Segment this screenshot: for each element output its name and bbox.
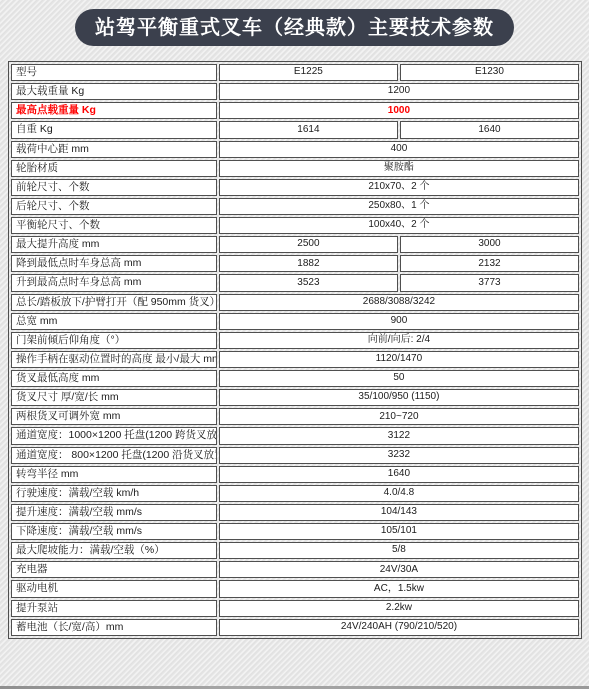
spec-value: 2688/3088/3242	[219, 294, 579, 311]
spec-label: 门架前倾后仰角度（°）	[11, 332, 217, 349]
spec-value: 1000	[219, 102, 579, 119]
table-row: 最大载重量 Kg1200	[11, 83, 579, 100]
spec-label: 下降速度：满载/空载 mm/s	[11, 523, 217, 540]
spec-label: 轮胎材质	[11, 160, 217, 177]
spec-label: 平衡轮尺寸、个数	[11, 217, 217, 234]
spec-value: E1230	[400, 64, 579, 81]
table-row: 通道宽度：1000×1200 托盘(1200 跨货叉放置) mm3122	[11, 427, 579, 444]
spec-label: 货叉最低高度 mm	[11, 370, 217, 387]
spec-value: AC，1.5kw	[219, 580, 579, 597]
spec-label: 货叉尺寸 厚/宽/长 mm	[11, 389, 217, 406]
spec-value: 1120/1470	[219, 351, 579, 368]
spec-value: 向前/向后: 2/4	[219, 332, 579, 349]
table-row: 通道宽度： 800×1200 托盘(1200 沿货叉放置) mm3232	[11, 447, 579, 464]
spec-label: 自重 Kg	[11, 121, 217, 138]
spec-label: 后轮尺寸、个数	[11, 198, 217, 215]
spec-value: 3000	[400, 236, 579, 253]
table-row: 自重 Kg16141640	[11, 121, 579, 138]
spec-value: 4.0/4.8	[219, 485, 579, 502]
table-row: 提升速度：满载/空载 mm/s104/143	[11, 504, 579, 521]
table-row: 门架前倾后仰角度（°）向前/向后: 2/4	[11, 332, 579, 349]
spec-table-body: 型号E1225E1230最大载重量 Kg1200最高点载重量 Kg1000自重 …	[11, 64, 579, 636]
table-row: 充电器24V/30A	[11, 561, 579, 578]
table-row: 载荷中心距 mm400	[11, 141, 579, 158]
table-row: 驱动电机AC，1.5kw	[11, 580, 579, 597]
page-header: 站驾平衡重式叉车（经典款）主要技术参数	[0, 0, 589, 53]
spec-value: 5/8	[219, 542, 579, 559]
spec-value: 1882	[219, 255, 398, 272]
table-row: 轮胎材质聚胺酯	[11, 160, 579, 177]
spec-value: 聚胺酯	[219, 160, 579, 177]
table-row: 前轮尺寸、个数210x70、2 个	[11, 179, 579, 196]
spec-label: 行驶速度：满载/空载 km/h	[11, 485, 217, 502]
spec-value: 400	[219, 141, 579, 158]
table-row: 货叉尺寸 厚/宽/长 mm35/100/950 (1150)	[11, 389, 579, 406]
page-title: 站驾平衡重式叉车（经典款）主要技术参数	[75, 9, 514, 46]
spec-value: 1200	[219, 83, 579, 100]
table-row: 总宽 mm900	[11, 313, 579, 330]
spec-value: E1225	[219, 64, 398, 81]
table-row: 行驶速度：满载/空载 km/h4.0/4.8	[11, 485, 579, 502]
spec-value: 1640	[219, 466, 579, 483]
spec-label: 总长/踏板放下/护臂打开（配 950mm 货叉） mm	[11, 294, 217, 311]
spec-value: 3122	[219, 427, 579, 444]
spec-value: 900	[219, 313, 579, 330]
spec-value: 1640	[400, 121, 579, 138]
spec-label: 最高点载重量 Kg	[11, 102, 217, 119]
spec-value: 100x40、2 个	[219, 217, 579, 234]
table-row: 总长/踏板放下/护臂打开（配 950mm 货叉） mm2688/3088/324…	[11, 294, 579, 311]
spec-label: 蓄电池（长/宽/高）mm	[11, 619, 217, 636]
spec-value: 105/101	[219, 523, 579, 540]
spec-value: 24V/240AH (790/210/520)	[219, 619, 579, 636]
spec-label: 提升速度：满载/空载 mm/s	[11, 504, 217, 521]
spec-label: 载荷中心距 mm	[11, 141, 217, 158]
spec-value: 210x70、2 个	[219, 179, 579, 196]
table-row: 平衡轮尺寸、个数100x40、2 个	[11, 217, 579, 234]
table-row: 最大爬坡能力：满载/空载（%）5/8	[11, 542, 579, 559]
spec-label: 最大提升高度 mm	[11, 236, 217, 253]
spec-label: 操作手柄在驱动位置时的高度 最小/最大 mm	[11, 351, 217, 368]
spec-label: 充电器	[11, 561, 217, 578]
table-row: 后轮尺寸、个数250x80、1 个	[11, 198, 579, 215]
spec-table: 型号E1225E1230最大载重量 Kg1200最高点载重量 Kg1000自重 …	[8, 61, 582, 639]
spec-label: 升到最高点时车身总高 mm	[11, 274, 217, 291]
table-row: 提升泵站2.2kw	[11, 600, 579, 617]
spec-label: 提升泵站	[11, 600, 217, 617]
spec-label: 最大爬坡能力：满载/空载（%）	[11, 542, 217, 559]
spec-value: 250x80、1 个	[219, 198, 579, 215]
spec-value: 2.2kw	[219, 600, 579, 617]
spec-value: 3232	[219, 447, 579, 464]
spec-value: 35/100/950 (1150)	[219, 389, 579, 406]
spec-value: 2132	[400, 255, 579, 272]
spec-value: 3523	[219, 274, 398, 291]
spec-label: 两根货叉可调外宽 mm	[11, 408, 217, 425]
spec-label: 通道宽度： 800×1200 托盘(1200 沿货叉放置) mm	[11, 447, 217, 464]
spec-value: 3773	[400, 274, 579, 291]
table-row: 蓄电池（长/宽/高）mm24V/240AH (790/210/520)	[11, 619, 579, 636]
spec-value: 24V/30A	[219, 561, 579, 578]
spec-label: 总宽 mm	[11, 313, 217, 330]
table-row: 货叉最低高度 mm50	[11, 370, 579, 387]
table-row: 操作手柄在驱动位置时的高度 最小/最大 mm1120/1470	[11, 351, 579, 368]
spec-value: 50	[219, 370, 579, 387]
spec-value: 2500	[219, 236, 398, 253]
spec-value: 210~720	[219, 408, 579, 425]
spec-label: 降到最低点时车身总高 mm	[11, 255, 217, 272]
spec-label: 通道宽度：1000×1200 托盘(1200 跨货叉放置) mm	[11, 427, 217, 444]
spec-label: 前轮尺寸、个数	[11, 179, 217, 196]
table-row: 升到最高点时车身总高 mm35233773	[11, 274, 579, 291]
table-row: 最高点载重量 Kg1000	[11, 102, 579, 119]
table-row: 型号E1225E1230	[11, 64, 579, 81]
table-row: 转弯半径 mm1640	[11, 466, 579, 483]
table-row: 最大提升高度 mm25003000	[11, 236, 579, 253]
spec-value: 104/143	[219, 504, 579, 521]
spec-label: 驱动电机	[11, 580, 217, 597]
table-row: 两根货叉可调外宽 mm210~720	[11, 408, 579, 425]
table-row: 降到最低点时车身总高 mm18822132	[11, 255, 579, 272]
spec-label: 型号	[11, 64, 217, 81]
spec-label: 转弯半径 mm	[11, 466, 217, 483]
spec-value: 1614	[219, 121, 398, 138]
table-row: 下降速度：满载/空载 mm/s105/101	[11, 523, 579, 540]
spec-label: 最大载重量 Kg	[11, 83, 217, 100]
